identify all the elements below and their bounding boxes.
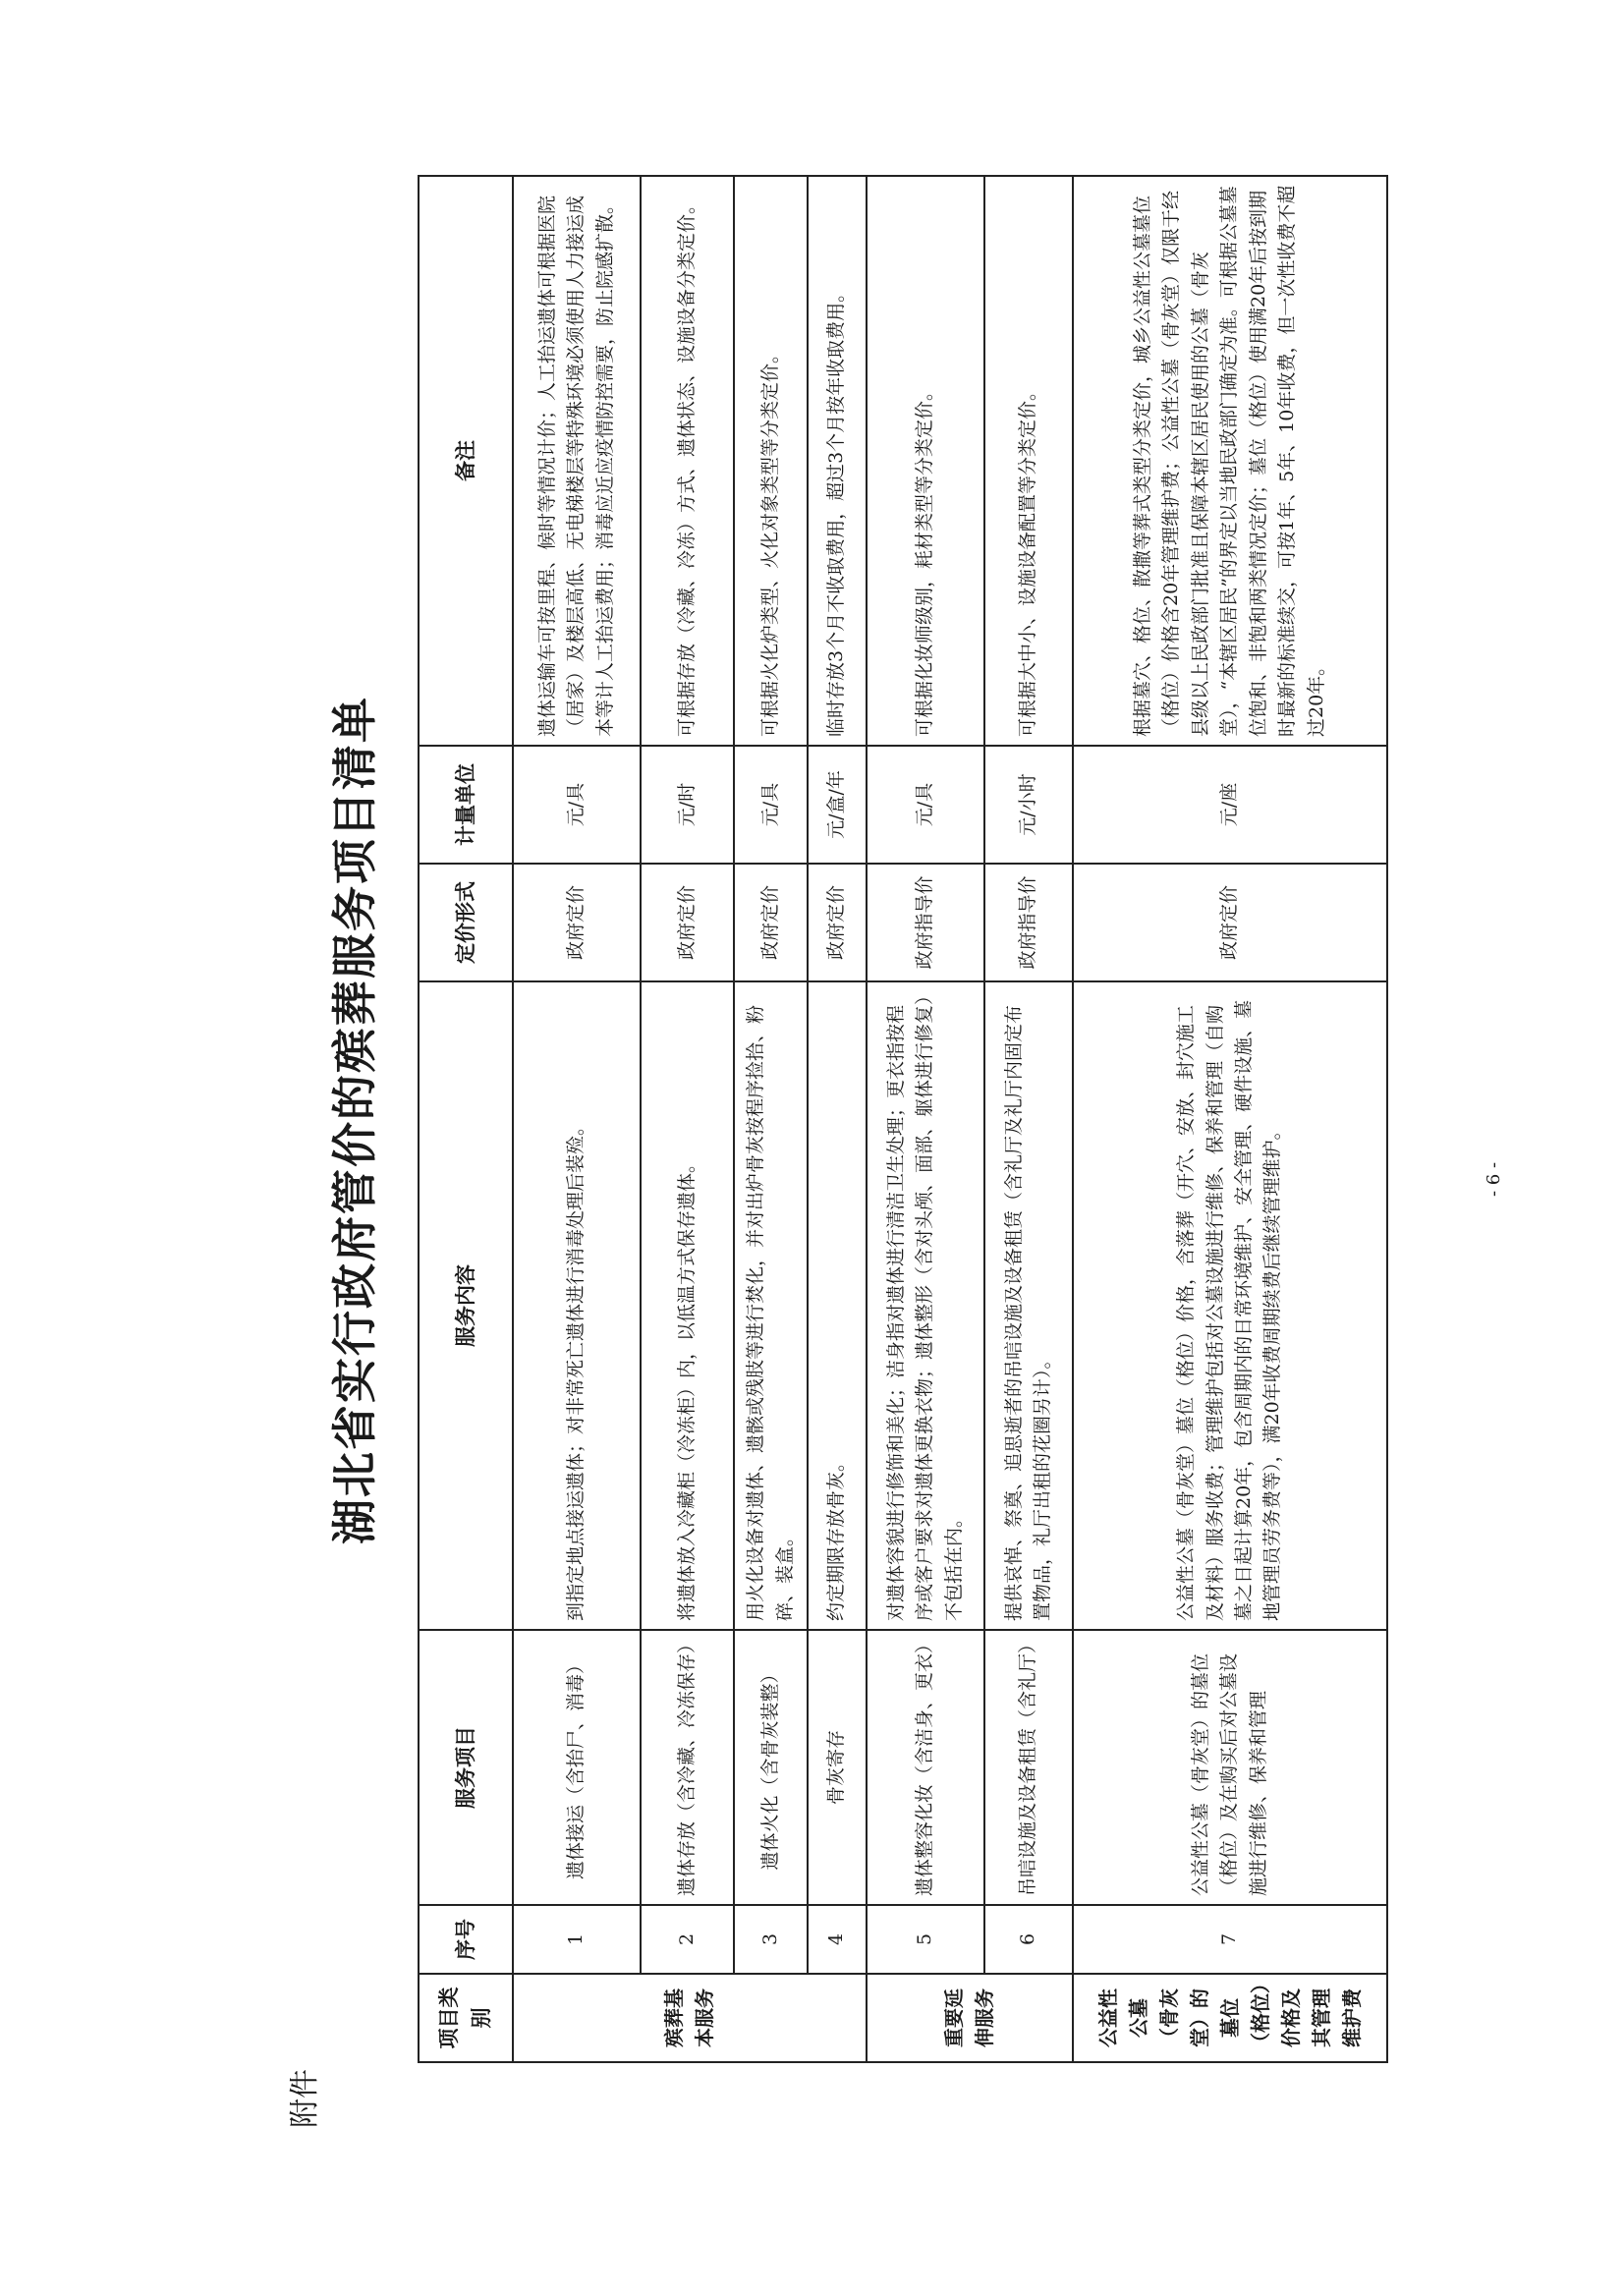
category-basic: 殡葬基本服务 [513, 1974, 867, 2062]
row-content: 对遗体容貌进行修饰和美化；洁身指对遗体进行清洁卫生处理；更衣指按程序或客户要求对… [867, 981, 984, 1630]
row-item: 骨灰寄存 [808, 1630, 867, 1905]
row-content: 到指定地点接运遗体；对非常死亡遗体进行消毒处理后装殓。 [513, 981, 641, 1630]
table-row: 3 遗体火化（含骨灰装整） 用火化设备对遗体、遗骸或残肢等进行焚化，并对出炉骨灰… [734, 176, 808, 2062]
header-content: 服务内容 [419, 981, 513, 1630]
rotated-page: 附件 湖北省实行政府管价的殡葬服务项目清单 项目类别 序号 服务项目 服务内容 … [0, 0, 1624, 2295]
row-item: 遗体存放（含冷藏、冷冻保存） [641, 1630, 734, 1905]
row-no: 6 [984, 1905, 1073, 1974]
row-no: 5 [867, 1905, 984, 1974]
row-content: 用火化设备对遗体、遗骸或残肢等进行焚化，并对出炉骨灰按程序捡拾、粉碎、装盒。 [734, 981, 808, 1630]
service-items-table: 项目类别 序号 服务项目 服务内容 定价形式 计量单位 备注 殡葬基本服务 1 … [418, 175, 1388, 2063]
table-row: 重要延伸服务 5 遗体整容化妆（含洁身、更衣） 对遗体容貌进行修饰和美化；洁身指… [867, 176, 984, 2062]
row-item: 遗体火化（含骨灰装整） [734, 1630, 808, 1905]
table-row: 公益性公墓（骨灰堂）的墓位（格位）价格及其管理维护费 7 公益性公墓（骨灰堂）的… [1073, 176, 1387, 2062]
row-pricing: 政府定价 [808, 864, 867, 981]
header-unit: 计量单位 [419, 746, 513, 864]
header-pricing: 定价形式 [419, 864, 513, 981]
table-row: 2 遗体存放（含冷藏、冷冻保存） 将遗体放入冷藏柜（冷冻柜）内，以低温方式保存遗… [641, 176, 734, 2062]
page-number: - 6 - [1484, 1162, 1504, 1197]
row-content: 提供哀悼、祭奠、追思逝者的吊唁设施及设备租赁（含礼厅及礼厅内固定布置物品，礼厅出… [984, 981, 1073, 1630]
row-item: 吊唁设施及设备租赁（含礼厅） [984, 1630, 1073, 1905]
row-content: 公益性公墓（骨灰堂）墓位（格位）价格，含落葬（开穴、安放、封穴施工及材料）服务收… [1073, 981, 1387, 1630]
category-cemetery: 公益性公墓（骨灰堂）的墓位（格位）价格及其管理维护费 [1073, 1974, 1387, 2062]
row-remarks: 根据墓穴、格位、散撒等葬式类型分类定价，城乡公益性公墓墓位（格位）价格含20年管… [1073, 176, 1387, 746]
row-pricing: 政府定价 [734, 864, 808, 981]
row-pricing: 政府定价 [1073, 864, 1387, 981]
table-row: 4 骨灰寄存 约定期限存放骨灰。 政府定价 元/盒/年 临时存放3个月不收取费用… [808, 176, 867, 2062]
row-content: 约定期限存放骨灰。 [808, 981, 867, 1630]
row-no: 2 [641, 1905, 734, 1974]
row-no: 4 [808, 1905, 867, 1974]
row-pricing: 政府定价 [513, 864, 641, 981]
row-remarks: 可根据存放（冷藏、冷冻）方式、遗体状态、设施设备分类定价。 [641, 176, 734, 746]
header-item: 服务项目 [419, 1630, 513, 1905]
header-remarks: 备注 [419, 176, 513, 746]
row-item: 遗体接运（含抬尸、消毒） [513, 1630, 641, 1905]
row-no: 3 [734, 1905, 808, 1974]
header-category: 项目类别 [419, 1974, 513, 2062]
row-remarks: 临时存放3个月不收取费用，超过3个月按年收取费用。 [808, 176, 867, 746]
row-unit: 元/座 [1073, 746, 1387, 864]
row-pricing: 政府定价 [641, 864, 734, 981]
row-no: 7 [1073, 1905, 1387, 1974]
category-extended: 重要延伸服务 [867, 1974, 1073, 2062]
row-unit: 元/时 [641, 746, 734, 864]
row-remarks: 可根据大中小、设施设备配置等分类定价。 [984, 176, 1073, 746]
row-unit: 元/具 [513, 746, 641, 864]
row-remarks: 可根据火化炉类型、火化对象类型等分类定价。 [734, 176, 808, 746]
header-no: 序号 [419, 1905, 513, 1974]
row-unit: 元/具 [734, 746, 808, 864]
page-title: 湖北省实行政府管价的殡葬服务项目清单 [319, 177, 384, 2063]
row-no: 1 [513, 1905, 641, 1974]
table-row: 殡葬基本服务 1 遗体接运（含抬尸、消毒） 到指定地点接运遗体；对非常死亡遗体进… [513, 176, 641, 2062]
row-pricing: 政府指导价 [984, 864, 1073, 981]
table-row: 6 吊唁设施及设备租赁（含礼厅） 提供哀悼、祭奠、追思逝者的吊唁设施及设备租赁（… [984, 176, 1073, 2062]
row-unit: 元/小时 [984, 746, 1073, 864]
row-pricing: 政府指导价 [867, 864, 984, 981]
table-header-row: 项目类别 序号 服务项目 服务内容 定价形式 计量单位 备注 [419, 176, 513, 2062]
row-unit: 元/盒/年 [808, 746, 867, 864]
row-remarks: 可根据化妆师级别，耗材类型等分类定价。 [867, 176, 984, 746]
row-content: 将遗体放入冷藏柜（冷冻柜）内，以低温方式保存遗体。 [641, 981, 734, 1630]
attachment-label: 附件 [280, 2069, 323, 2128]
row-remarks: 遗体运输车可按里程、候时等情况计价；人工抬运遗体可根据医院（居家）及楼层高低、无… [513, 176, 641, 746]
row-unit: 元/具 [867, 746, 984, 864]
row-item: 公益性公墓（骨灰堂）的墓位（格位）及在购买后对公墓设施进行维修、保养和管理 [1073, 1630, 1387, 1905]
row-item: 遗体整容化妆（含洁身、更衣） [867, 1630, 984, 1905]
